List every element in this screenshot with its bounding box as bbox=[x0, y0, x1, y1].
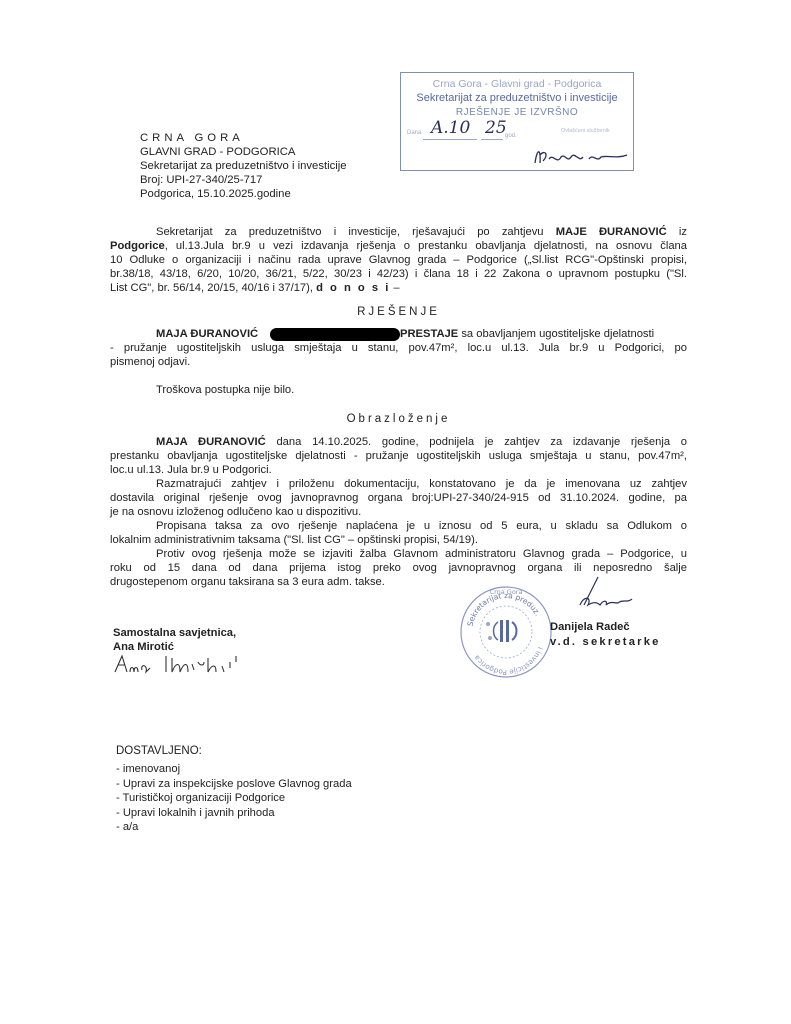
obrazlozenje-p2-line-1: Razmatrajući zahtjev i priloženu dokumen… bbox=[156, 478, 687, 491]
intro-text: List CG", br. 56/14, 20/15, 40/16 i 37/1… bbox=[110, 282, 316, 294]
stamp-dana-value: A.10 bbox=[431, 118, 470, 138]
document-header: CRNA GORA GLAVNI GRAD - PODGORICA Sekret… bbox=[140, 131, 347, 201]
intro-line-2: Podgorice, ul.13.Jula br.9 u vezi izdava… bbox=[110, 240, 687, 253]
enforceability-stamp: Crna Gora - Glavni grad - Podgorica Sekr… bbox=[400, 72, 634, 171]
delivered-item: - Upravi lokalnih i javnih prihoda bbox=[116, 806, 352, 821]
resenje-text: sa obavljanjem ugostiteljske djelatnosti bbox=[458, 328, 654, 340]
obrazlozenje-p3-line-1: Propisana taksa za ovo rješenje naplaćen… bbox=[156, 520, 687, 533]
obrazlozenje-p4-line-1: Protiv ovog rješenja može se izjaviti ža… bbox=[156, 548, 687, 561]
stamp-line-2: Sekretarijat za preduzetništvo i investi… bbox=[401, 92, 633, 104]
left-signer-title: Samostalna savjetnica, bbox=[113, 627, 236, 640]
header-country: CRNA GORA bbox=[140, 131, 347, 145]
obrazlozenje-p4-line-2: roku od 15 dana od dana prijema istog pr… bbox=[110, 562, 687, 575]
obrazlozenje-p3-line-2: lokalnim administrativnim taksama ("Sl. … bbox=[110, 534, 478, 547]
stamp-line-1: Crna Gora - Glavni grad - Podgorica bbox=[401, 78, 633, 90]
stamp-god-label: god. bbox=[505, 133, 517, 139]
delivered-list: - imenovanoj - Upravi za inspekcijske po… bbox=[116, 762, 352, 835]
intro-text: iz bbox=[667, 226, 687, 238]
obrazlozenje-p1-line-3: loc.u ul.13. Jula br.9 u Podgorici. bbox=[110, 464, 272, 477]
left-handwritten-signature-icon bbox=[112, 652, 252, 676]
resenje-line-3: pismenoj odjavi. bbox=[110, 356, 190, 369]
header-city: GLAVNI GRAD - PODGORICA bbox=[140, 145, 347, 159]
intro-line-4: br.38/18, 43/18, 6/20, 10/20, 36/21, 5/2… bbox=[110, 268, 687, 281]
stamp-official-label: Ovlašćeni službenik bbox=[561, 128, 610, 134]
resenje-name: MAJA ĐURANOVIĆ bbox=[156, 328, 258, 341]
delivered-title: DOSTAVLJENO: bbox=[116, 745, 202, 758]
redaction-block bbox=[270, 328, 400, 341]
intro-text: , ul.13.Jula br.9 u vezi izdavanja rješe… bbox=[165, 240, 687, 252]
stamp-year-value: 25 bbox=[485, 118, 507, 138]
intro-text: br.38/18, 43/18, 6/20, 10/20, 36/21, 5/2… bbox=[110, 268, 687, 280]
stamp-line-3: RJEŠENJE JE IZVRŠNO bbox=[401, 107, 633, 118]
stamp-dana-label: Dana bbox=[407, 130, 421, 136]
resenje-line-1-rest: PRESTAJE sa obavljanjem ugostiteljske dj… bbox=[400, 328, 654, 341]
delivered-item: - a/a bbox=[116, 820, 352, 835]
obrazlozenje-p2-line-3: je na osnovu izloženog odlučeno kao u di… bbox=[110, 506, 361, 519]
intro-text: Sekretarijat za preduzetništvo i investi… bbox=[110, 226, 556, 238]
svg-text:Sekretarijat za preduz.: Sekretarijat za preduz. bbox=[466, 591, 543, 627]
stamp-year-line bbox=[481, 139, 503, 140]
delivered-item: - imenovanoj bbox=[116, 762, 352, 777]
applicant-name: MAJA ĐURANOVIĆ bbox=[156, 328, 258, 340]
stamp-dana-line bbox=[423, 139, 477, 140]
obrazlozenje-p1-line-2: prestanku obavljanja ugostiteljske djela… bbox=[110, 450, 687, 463]
right-signer-title: v.d. sekretarke bbox=[550, 636, 661, 649]
header-place-date: Podgorica, 15.10.2025.godine bbox=[140, 187, 347, 201]
right-signer-name: Danijela Radeč bbox=[550, 621, 630, 634]
delivered-item: - Turističkoj organizaciji Podgorice bbox=[116, 791, 352, 806]
stamp-signature-icon bbox=[531, 143, 631, 169]
prestaje-word: PRESTAJE bbox=[400, 328, 458, 340]
applicant-name: MAJE ĐURANOVIĆ bbox=[556, 226, 667, 238]
intro-line-3: 10 Odluke o organizaciji i načinu rada u… bbox=[110, 254, 687, 267]
donosi-word: d o n o s i bbox=[316, 282, 390, 294]
official-round-stamp-icon: Sekretarijat za preduz. i investicije Po… bbox=[458, 584, 554, 680]
section-title-resenje: RJEŠENJE bbox=[110, 306, 687, 318]
obrazlozenje-p1-line-1: MAJA ĐURANOVIĆ dana 14.10.2025. godine, … bbox=[156, 436, 687, 449]
obrazlozenje-text: dana 14.10.2025. godine, podnijela je za… bbox=[266, 436, 687, 448]
delivered-item: - Upravi za inspekcijske poslove Glavnog… bbox=[116, 777, 352, 792]
svg-text:Crna Gora: Crna Gora bbox=[490, 588, 523, 596]
right-handwritten-signature-icon bbox=[570, 575, 640, 615]
intro-text: – bbox=[390, 282, 399, 294]
intro-line-5: List CG", br. 56/14, 20/15, 40/16 i 37/1… bbox=[110, 282, 400, 295]
intro-text: 10 Odluke o organizaciji i načinu rada u… bbox=[110, 254, 687, 266]
obrazlozenje-p4-line-3: drugostepenom organu taksirana sa 3 eura… bbox=[110, 576, 385, 589]
resenje-costs: Troškova postupka nije bilo. bbox=[156, 384, 294, 397]
resenje-line-2: - pružanje ugostiteljskih usluga smješta… bbox=[110, 342, 687, 355]
header-number: Broj: UPI-27-340/25-717 bbox=[140, 173, 347, 187]
header-department: Sekretarijat za preduzetništvo i investi… bbox=[140, 159, 347, 173]
applicant-name: MAJA ĐURANOVIĆ bbox=[156, 436, 266, 448]
intro-line-1: Sekretarijat za preduzetništvo i investi… bbox=[110, 226, 687, 239]
section-title-obrazlozenje: Obrazloženje bbox=[110, 413, 687, 425]
applicant-city: Podgorice bbox=[110, 240, 165, 252]
obrazlozenje-p2-line-2: dostavila original rješenje ovog javnopr… bbox=[110, 492, 687, 505]
